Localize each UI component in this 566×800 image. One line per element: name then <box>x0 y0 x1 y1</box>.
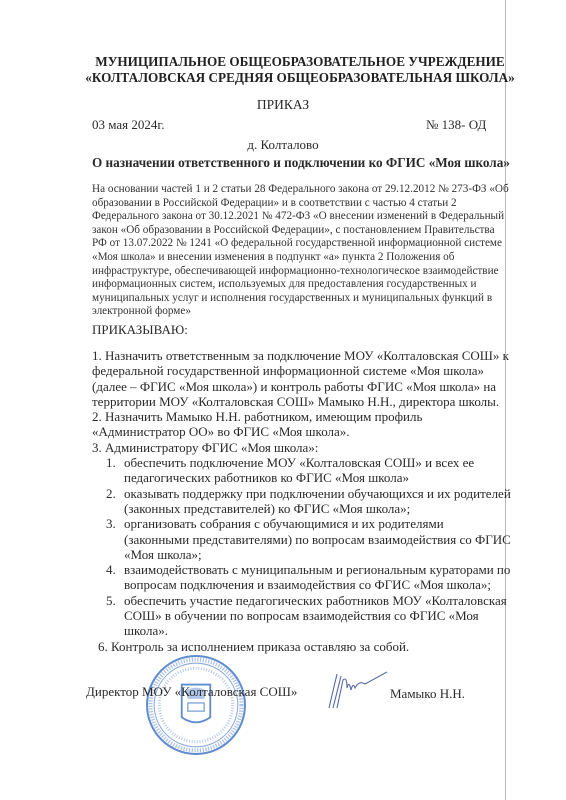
subpoint: 3.организовать собрания с обучающимися и… <box>92 516 512 562</box>
order-points: 1. Назначить ответственным за подключени… <box>92 348 512 654</box>
point-3: 3. Администратору ФГИС «Моя школа»: <box>92 440 512 455</box>
subpoint: 1.обеспечить подключение МОУ «Колталовск… <box>92 455 512 486</box>
document-date: 03 мая 2024г. <box>92 117 165 133</box>
legal-basis-paragraph: На основании частей 1 и 2 статьи 28 Феде… <box>92 183 512 319</box>
director-title: Директор МОУ «Колталовская СОШ» <box>86 684 297 700</box>
point-3-sublist: 1.обеспечить подключение МОУ «Колталовск… <box>92 455 512 639</box>
org-line-2: «КОЛТАЛОВСКАЯ СРЕДНЯЯ ОБЩЕОБРАЗОВАТЕЛЬНА… <box>60 70 540 86</box>
order-heading: ПРИКАЗЫВАЮ: <box>92 322 188 338</box>
point-1: 1. Назначить ответственным за подключени… <box>92 348 512 409</box>
document-place: д. Колталово <box>0 137 566 153</box>
organization-name: МУНИЦИПАЛЬНОЕ ОБЩЕОБРАЗОВАТЕЛЬНОЕ УЧРЕЖД… <box>60 54 540 86</box>
subpoint: 2.оказывать поддержку при подключении об… <box>92 486 512 517</box>
point-6: 6. Контроль за исполнением приказа остав… <box>92 639 512 654</box>
signature-icon <box>325 668 390 713</box>
org-line-1: МУНИЦИПАЛЬНОЕ ОБЩЕОБРАЗОВАТЕЛЬНОЕ УЧРЕЖД… <box>60 54 540 70</box>
official-stamp-icon <box>145 654 247 756</box>
point-2: 2. Назначить Мамыко Н.Н. работником, име… <box>92 409 512 440</box>
document-type: ПРИКАЗ <box>0 97 566 113</box>
subpoint: 5.обеспечить участие педагогических рабо… <box>92 593 512 639</box>
document-number: № 138- ОД <box>426 117 486 133</box>
subpoint: 4.взаимодействовать с муниципальным и ре… <box>92 562 512 593</box>
document-subject: О назначении ответственного и подключени… <box>92 155 510 171</box>
signer-name: Мамыко Н.Н. <box>390 686 465 702</box>
